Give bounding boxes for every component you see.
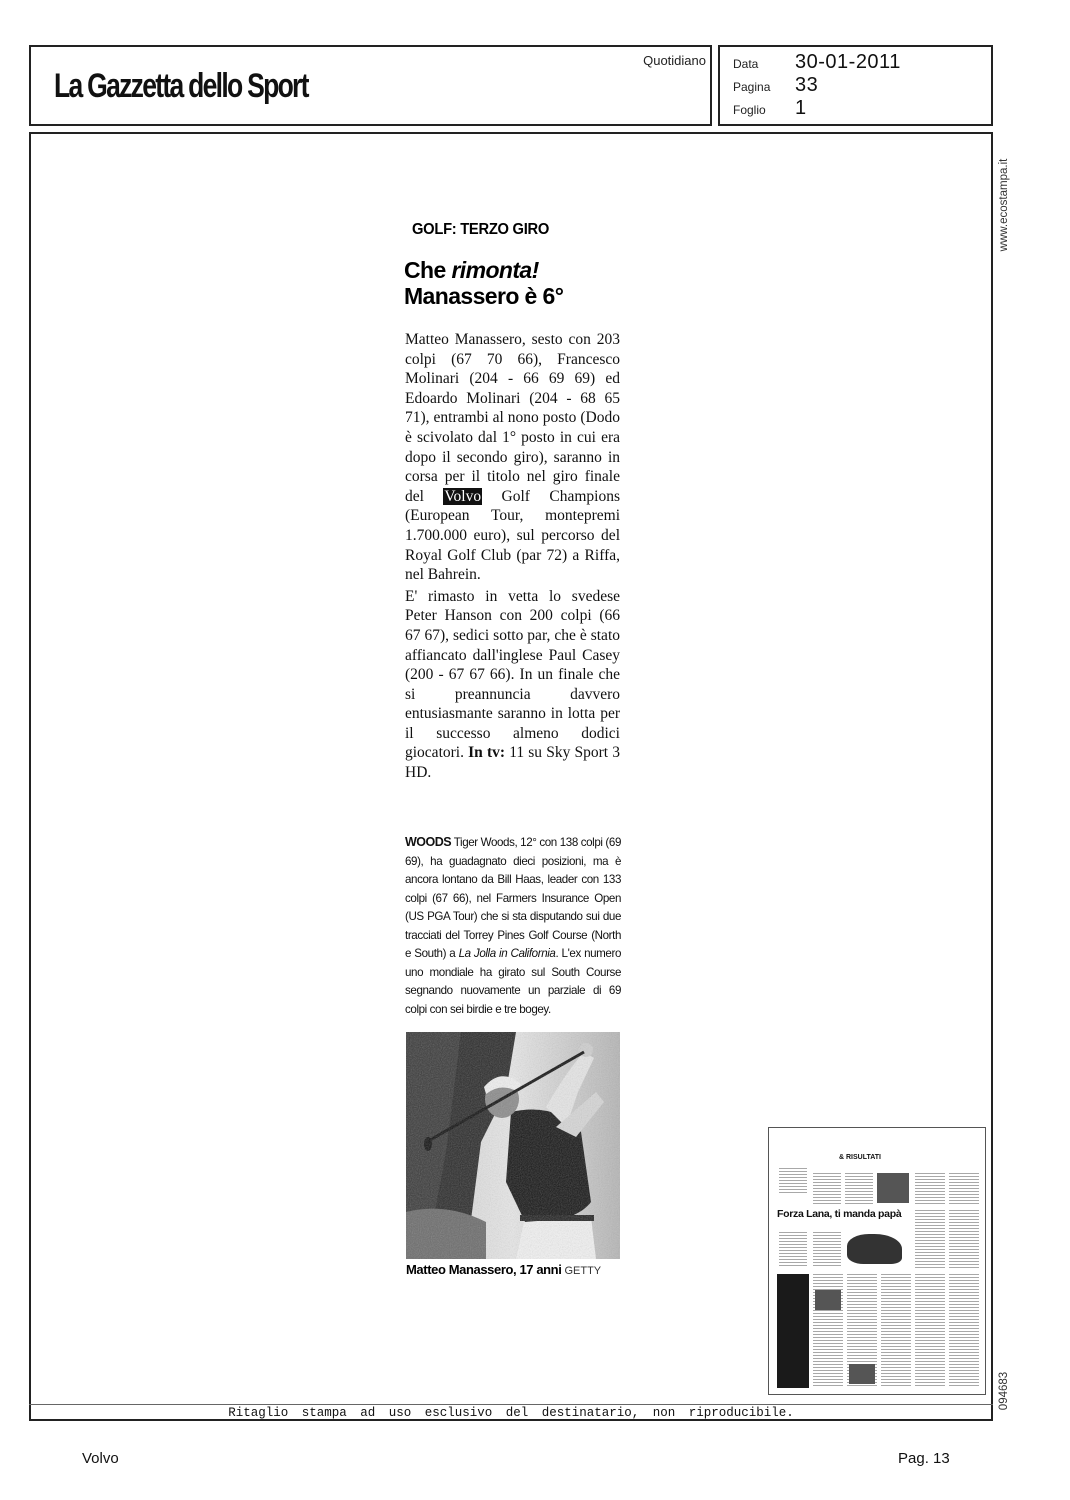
page-thumbnail: & RISULTATI Forza Lana, ti manda papà (768, 1127, 986, 1395)
masthead-box: La Gazzetta dello Sport Quotidiano (29, 45, 712, 126)
article-headline: Che rimonta! Manassero è 6° (404, 257, 563, 309)
caption-text: Matteo Manassero, 17 anni (406, 1262, 561, 1277)
sidebar-note: WOODS Tiger Woods, 12° con 138 colpi (69… (405, 833, 621, 1019)
meta-page-label: Pagina (733, 80, 795, 94)
headline-line-1: Che rimonta! (404, 257, 563, 283)
client-name: Volvo (82, 1450, 119, 1467)
article-paragraph-2: E' rimasto in vetta lo svedese Peter Han… (405, 587, 620, 783)
headline-text: Che (404, 257, 451, 283)
publication-logo: La Gazzetta dello Sport (54, 67, 308, 106)
meta-sheet-value: 1 (795, 97, 807, 120)
golfer-photo (406, 1032, 620, 1259)
disclaimer-strip: Ritaglio stampa ad uso esclusivo del des… (29, 1404, 993, 1421)
disclaimer-text: Ritaglio stampa ad uso esclusivo del des… (29, 1406, 993, 1420)
meta-date-value: 30-01-2011 (795, 51, 901, 74)
sidebar-note-text: Tiger Woods, 12° con 138 colpi (69 69), … (405, 836, 621, 960)
highlighted-keyword: Volvo (443, 488, 482, 505)
meta-sheet-label: Foglio (733, 103, 795, 117)
tv-label: In tv: (468, 744, 505, 761)
paragraph-text: E' rimasto in vetta lo svedese Peter Han… (405, 588, 620, 762)
headline-line-2: Manassero è 6° (404, 283, 563, 309)
sidebar-note-italic: La Jolla in California (459, 947, 556, 960)
sidebar-note-lead: WOODS (405, 835, 451, 849)
article-kicker: GOLF: TERZO GIRO (412, 221, 549, 239)
side-code-text: 094683 (998, 1372, 1010, 1410)
side-url: www.ecostampa.it (992, 146, 1016, 264)
meta-date-label: Data (733, 57, 795, 71)
thumbnail-headline: Forza Lana, ti manda papà (777, 1208, 901, 1220)
issue-meta-box: Data 30-01-2011 Pagina 33 Foglio 1 (718, 45, 993, 126)
meta-page-value: 33 (795, 74, 818, 97)
photo-caption: Matteo Manassero, 17 anniGETTY (406, 1262, 601, 1277)
photo-credit: GETTY (564, 1265, 601, 1277)
article-body: Matteo Manassero, sesto con 203 colpi (6… (405, 330, 620, 783)
meta-sheet: Foglio 1 (733, 97, 807, 120)
page-number: Pag. 13 (898, 1450, 950, 1467)
side-url-text: www.ecostampa.it (998, 159, 1010, 252)
paragraph-text: Matteo Manassero, sesto con 203 colpi (6… (405, 331, 620, 505)
frequency-label: Quotidiano (643, 53, 706, 68)
meta-page: Pagina 33 (733, 74, 818, 97)
headline-emphasis: rimonta! (451, 257, 538, 283)
golfer-photo-image (406, 1032, 620, 1259)
side-code: 094683 (992, 1366, 1016, 1416)
meta-date: Data 30-01-2011 (733, 51, 901, 74)
thumbnail-section-title: & RISULTATI (839, 1154, 881, 1161)
article-paragraph-1: Matteo Manassero, sesto con 203 colpi (6… (405, 330, 620, 585)
